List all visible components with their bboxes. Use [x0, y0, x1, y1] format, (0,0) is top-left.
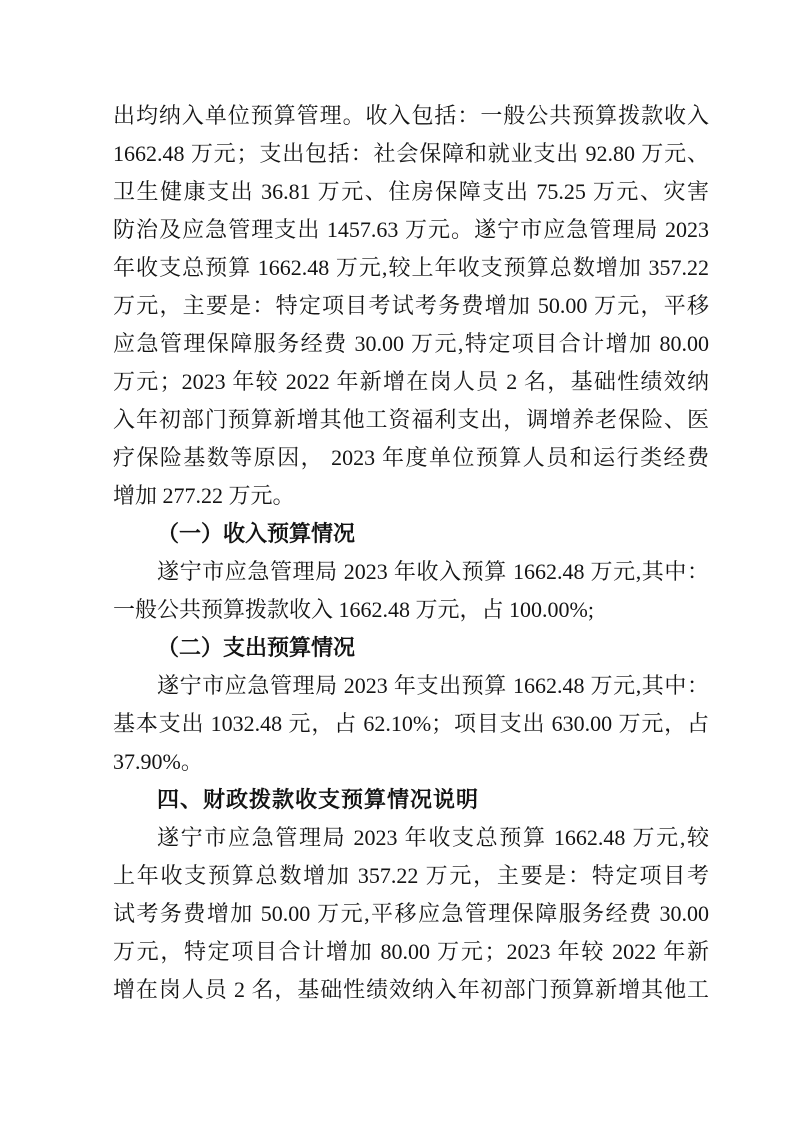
text-line: 入年初部门预算新增其他工资福利支出，调增养老保险、医 — [113, 401, 709, 439]
document-body: 出均纳入单位预算管理。收入包括：一般公共预算拨款收入 1662.48 万元；支出… — [113, 97, 709, 1009]
text-line: 1662.48 万元；支出包括：社会保障和就业支出 92.80 万元、 — [113, 135, 709, 173]
text-line: 卫生健康支出 36.81 万元、住房保障支出 75.25 万元、灾害 — [113, 173, 709, 211]
text-line: 37.90%。 — [113, 743, 709, 781]
text-line: 遂宁市应急管理局 2023 年支出预算 1662.48 万元,其中： — [113, 667, 709, 705]
heading-expenditure-budget: （二）支出预算情况 — [113, 629, 709, 667]
text-line: 遂宁市应急管理局 2023 年收支总预算 1662.48 万元,较 — [113, 819, 709, 857]
text-line: 增加 277.22 万元。 — [113, 477, 709, 515]
text-line: 上年收支预算总数增加 357.22 万元，主要是：特定项目考 — [113, 857, 709, 895]
text-line: 应急管理保障服务经费 30.00 万元,特定项目合计增加 80.00 — [113, 325, 709, 363]
text-line: 遂宁市应急管理局 2023 年收入预算 1662.48 万元,其中： — [113, 553, 709, 591]
text-line: 万元，主要是：特定项目考试考务费增加 50.00 万元，平移 — [113, 287, 709, 325]
document-page: 出均纳入单位预算管理。收入包括：一般公共预算拨款收入 1662.48 万元；支出… — [0, 0, 793, 1122]
text-line: 出均纳入单位预算管理。收入包括：一般公共预算拨款收入 — [113, 97, 709, 135]
text-line: 万元，特定项目合计增加 80.00 万元；2023 年较 2022 年新 — [113, 933, 709, 971]
heading-income-budget: （一）收入预算情况 — [113, 515, 709, 553]
text-line: 年收支总预算 1662.48 万元,较上年收支预算总数增加 357.22 — [113, 249, 709, 287]
text-line: 疗保险基数等原因， 2023 年度单位预算人员和运行类经费 — [113, 439, 709, 477]
text-line: 防治及应急管理支出 1457.63 万元。遂宁市应急管理局 2023 — [113, 211, 709, 249]
text-line: 试考务费增加 50.00 万元,平移应急管理保障服务经费 30.00 — [113, 895, 709, 933]
text-line: 基本支出 1032.48 元，占 62.10%；项目支出 630.00 万元，占 — [113, 705, 709, 743]
text-line: 一般公共预算拨款收入 1662.48 万元，占 100.00%; — [113, 591, 709, 629]
heading-fiscal-appropriation: 四、财政拨款收支预算情况说明 — [113, 781, 709, 819]
text-line: 万元；2023 年较 2022 年新增在岗人员 2 名，基础性绩效纳 — [113, 363, 709, 401]
text-line: 增在岗人员 2 名，基础性绩效纳入年初部门预算新增其他工 — [113, 971, 709, 1009]
